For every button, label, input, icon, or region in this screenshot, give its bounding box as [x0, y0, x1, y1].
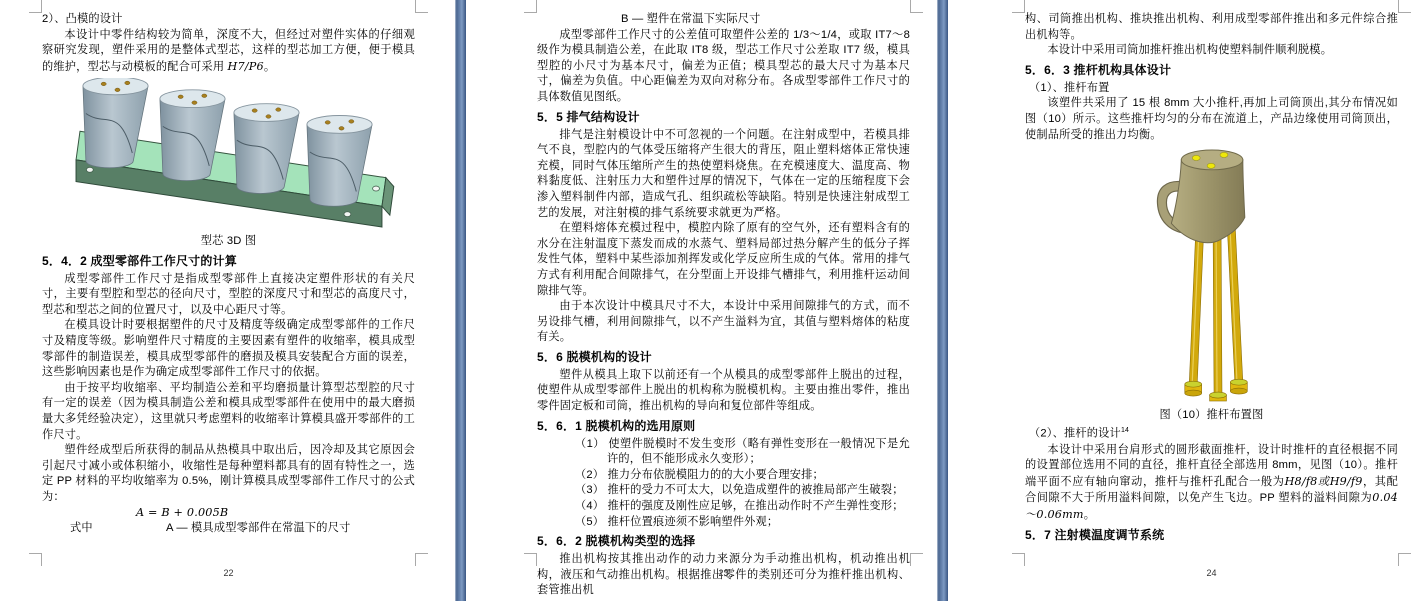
body-paragraph: 该塑件共采用了 15 根 8mm 大小推杆,再加上司筒顶出,其分布情况如图（10…: [1025, 96, 1398, 143]
formula-note-text: B — 塑件在常温下实际尺寸: [621, 12, 910, 28]
paragraph-text: 。: [264, 61, 275, 73]
crop-mark: [1398, 0, 1411, 13]
crop-mark: [29, 553, 42, 566]
body-paragraph: 本设计中采用司筒加推杆推出机构使塑料制件顺利脱模。: [1025, 43, 1398, 59]
core-3d-figure: [42, 78, 415, 234]
body-paragraph: 构、司筒推出机构、推块推出机构、利用成型零部件推出和多元件综合推出机构等。: [1025, 12, 1398, 43]
ejector-pin-figure: [1121, 146, 1398, 408]
section-heading-561: 5．6．1 脱模机构的选用原则: [537, 418, 910, 435]
figure-caption: 型芯 3D 图: [42, 234, 415, 250]
crop-mark: [29, 0, 42, 13]
crop-mark: [1012, 553, 1025, 566]
crop-mark: [1012, 0, 1025, 13]
body-paragraph: 排气是注射模设计中不可忽视的一个问题。在注射成型中，若模具排气不良，型腔内的气体…: [537, 128, 910, 222]
document-viewer: 2）、凸模的设计 本设计中零件结构较为简单，深度不大，但经过对塑件实体的仔细观察…: [0, 0, 1413, 601]
figure-caption: 图（10）推杆布置图: [1025, 408, 1398, 424]
fit-tolerance-symbol: H8/f8或H9/f9: [1285, 475, 1363, 488]
page-22: 2）、凸模的设计 本设计中零件结构较为简单，深度不大，但经过对塑件实体的仔细观察…: [0, 0, 455, 601]
list-item: （2） 推力分布依脱模阻力的的大小要合理安排；: [537, 468, 910, 484]
citation-superscript: 14: [1121, 427, 1129, 434]
body-paragraph: 由于按平均收缩率、平均制造公差和平均磨损量计算型芯型腔的尺寸有一定的误差（因为模…: [42, 381, 415, 443]
crop-mark: [524, 553, 537, 566]
section-heading-55: 5．5 排气结构设计: [537, 109, 910, 126]
list-item: （4） 推杆的强度及刚性应足够，在推出动作时不产生弹性变形；: [537, 499, 910, 515]
fit-tolerance-symbol: H7/P6: [228, 60, 264, 73]
body-paragraph: 塑件从模具上取下以前还有一个从模具的成型零部件上脱出的过程，使塑件从成型零部件上…: [537, 368, 910, 415]
body-paragraph: 成型零部件工作尺寸的公差值可取塑件公差的 1/3～1/4，或取 IT7～8 级作…: [537, 28, 910, 106]
formula-note-text: A — 模具成型零部件在常温下的尺寸: [166, 522, 350, 534]
section-heading-56: 5．6 脱模机构的设计: [537, 349, 910, 366]
body-paragraph: 在塑料熔体充模过程中，模腔内除了原有的空气外，还有塑料含有的水分在注射温度下蒸发…: [537, 221, 910, 299]
section-heading-542: 5．4．2 成型零部件工作尺寸的计算: [42, 253, 415, 270]
section-heading-57: 5．7 注射模温度调节系统: [1025, 527, 1398, 544]
shrinkage-formula: A = B + 0.005B: [136, 505, 415, 521]
page-edge-divider: [937, 0, 948, 601]
list-item: （1） 使塑件脱模时不发生变形（略有弹性变形在一般情况下是允许的，但不能形成永久…: [537, 437, 910, 468]
crop-mark: [524, 0, 537, 13]
crop-mark: [910, 0, 923, 13]
body-paragraph: 成型零部件工作尺寸是指成型零部件上直接决定塑件形状的有关尺寸，主要有型腔和型芯的…: [42, 272, 415, 319]
page-24: 构、司筒推出机构、推块推出机构、利用成型零部件推出和多元件综合推出机构等。 本设…: [948, 0, 1413, 601]
page-number: 23: [537, 568, 910, 578]
body-paragraph: 由于本次设计中模具尺寸不大，本设计中采用间隙排气的方式，而不另设排气槽，利用间隙…: [537, 299, 910, 346]
paragraph-text: 。: [1084, 509, 1095, 521]
list-item: （5） 推杆位置痕迹须不影响塑件外观；: [537, 515, 910, 531]
body-paragraph: 塑件经成型后所获得的制品从热模具中取出后，因冷却及其它原因会引起尺寸减小或体积缩…: [42, 443, 415, 505]
body-paragraph: 本设计中采用台肩形式的圆形截面推杆，设计时推杆的直径根据不同的设置部位选用不同的…: [1025, 443, 1398, 524]
page-number: 22: [42, 568, 415, 578]
list-item: （3） 推杆的受力不可太大，以免造成塑件的被推局部产生破裂；: [537, 483, 910, 499]
subsection-label-text: （2）、推杆的设计: [1029, 428, 1121, 440]
formula-note: 式中A — 模具成型零部件在常温下的尺寸: [70, 521, 415, 537]
crop-mark: [415, 0, 428, 13]
body-paragraph: 在模具设计时要根据塑件的尺寸及精度等级确定成型零部件的工作尺寸及精度等级。影响塑…: [42, 318, 415, 380]
subsection-label: （2）、推杆的设计14: [1029, 423, 1398, 442]
page-edge-divider: [455, 0, 466, 601]
subsection-label: （1）、推杆布置: [1029, 81, 1398, 97]
crop-mark: [1398, 553, 1411, 566]
subsection-label: 2）、凸模的设计: [42, 12, 415, 28]
body-paragraph: 本设计中零件结构较为简单，深度不大，但经过对塑件实体的仔细观察研究发现，塑件采用…: [42, 28, 415, 76]
page-number: 24: [1025, 568, 1398, 578]
page-23: B — 塑件在常温下实际尺寸 成型零部件工作尺寸的公差值可取塑件公差的 1/3～…: [466, 0, 937, 601]
formula-note-label: 式中: [70, 521, 166, 537]
section-heading-563: 5．6．3 推杆机构具体设计: [1025, 62, 1398, 79]
crop-mark: [910, 553, 923, 566]
crop-mark: [415, 553, 428, 566]
section-heading-562: 5．6．2 脱模机构类型的选择: [537, 533, 910, 550]
